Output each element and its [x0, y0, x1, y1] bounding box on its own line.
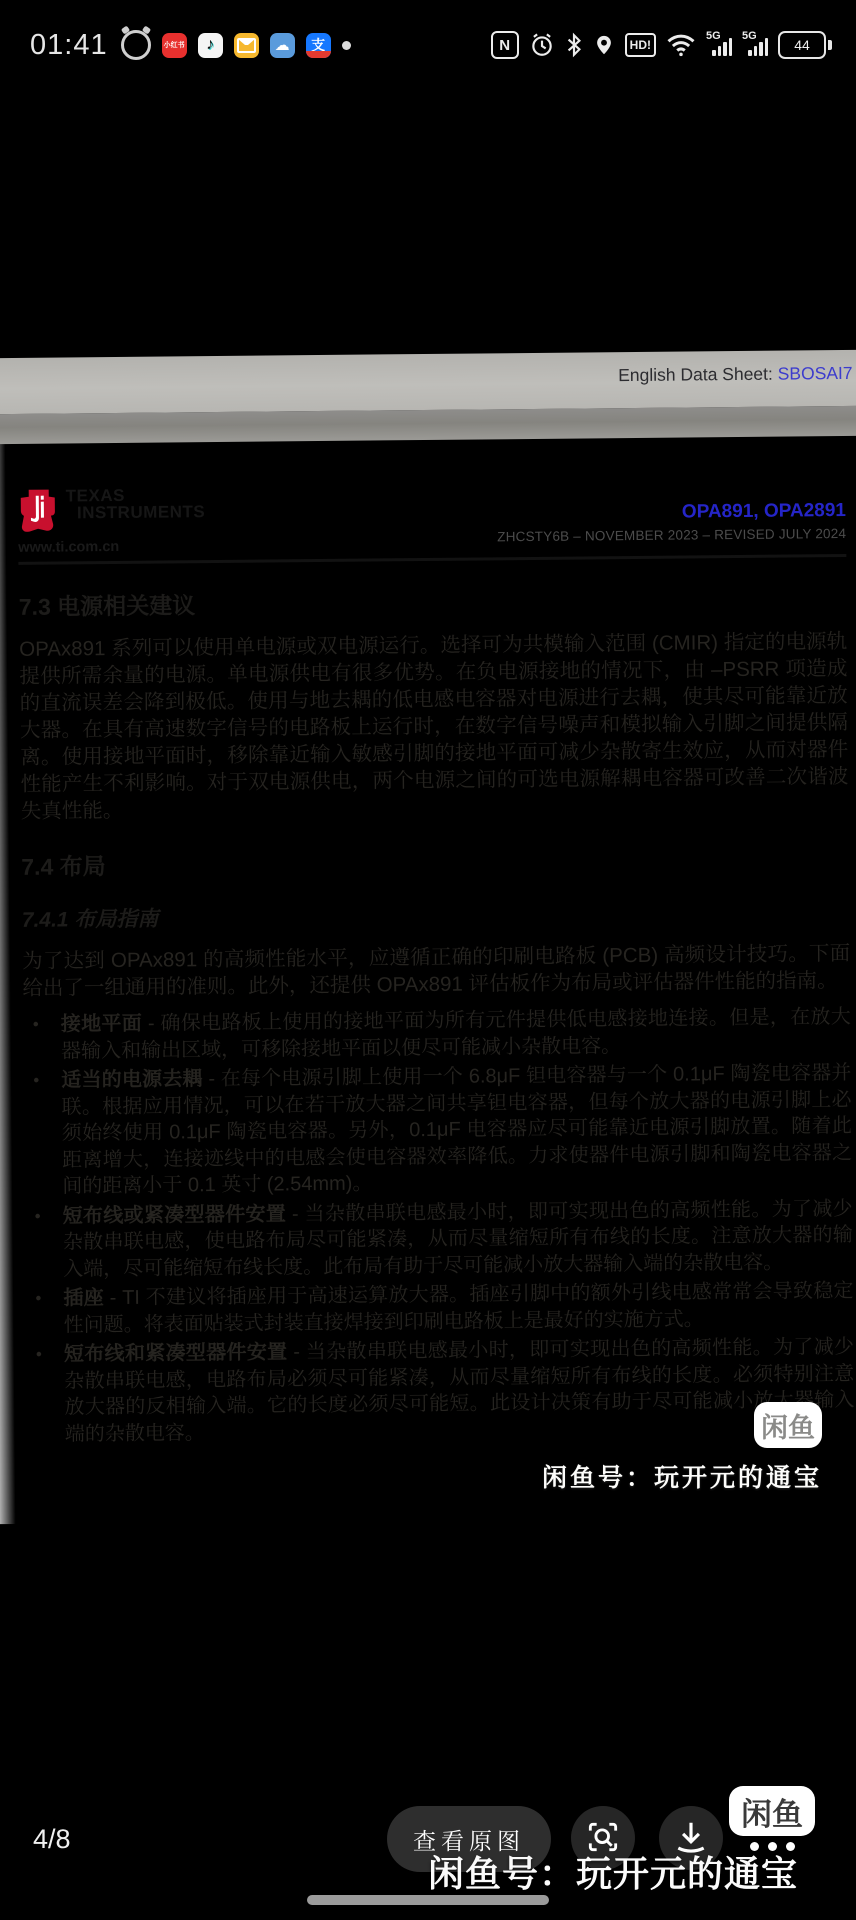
- xianyu-account-text-bottom: 闲鱼号：玩开元的通宝: [428, 1846, 798, 1897]
- clock-time: 01:41: [30, 29, 108, 62]
- xianyu-account-text: 闲鱼号：玩开元的通宝: [542, 1458, 822, 1494]
- bluetooth-icon: [565, 32, 583, 58]
- datasheet-photo: English Data Sheet: SBOSAI7 TEXAS INSTRU…: [0, 350, 856, 1524]
- more-dot-icon: [342, 41, 351, 50]
- volte-hd-icon: HD!: [625, 33, 656, 57]
- ti-logo-icon: [18, 488, 60, 532]
- xianyu-logo: 闲鱼: [729, 1786, 815, 1836]
- sbosai7-link: SBOSAI7: [778, 363, 853, 384]
- section-7-4-1-title: 7.4.1 布局指南: [22, 896, 850, 934]
- xianyu-logo: 闲鱼: [754, 1402, 822, 1448]
- datasheet-body: 7.3 电源相关建议 OPAx891 系列可以使用单电源或双电源运行。选择可为共…: [0, 581, 856, 1448]
- signal-5g-icon-2: 5G: [742, 32, 768, 58]
- datasheet-header: TEXAS INSTRUMENTS www.ti.com.cn OPA891, …: [0, 436, 856, 565]
- page-indicator: 4/8: [33, 1824, 71, 1855]
- battery-icon: 44: [778, 31, 832, 59]
- xianyu-watermark: 闲鱼 闲鱼号：玩开元的通宝: [542, 1402, 822, 1494]
- previous-page-edge: English Data Sheet: SBOSAI7: [0, 350, 856, 414]
- signal-5g-icon-1: 5G: [706, 32, 732, 58]
- wifi-icon: [666, 32, 696, 58]
- list-item: •适当的电源去耦 - 在每个电源引脚上使用一个 6.8μF 钽电容器与一个 0.…: [23, 1060, 852, 1200]
- section-7-4-title: 7.4 布局: [21, 841, 849, 882]
- alarm-clock-icon: [529, 32, 555, 58]
- part-numbers: OPA891, OPA2891: [497, 500, 846, 525]
- tiktok-icon: ♪: [198, 33, 223, 58]
- status-bar: 01:41 小红书 ♪ ☁ 支 N: [30, 22, 832, 68]
- weather-icon: ☁: [270, 33, 295, 58]
- nfc-icon: N: [491, 31, 519, 59]
- section-7-3-paragraph: OPAx891 系列可以使用单电源或双电源运行。选择可为共模输入范围 (CMIR…: [19, 628, 849, 825]
- layout-guideline-list: •接地平面 - 确保电路板上使用的接地平面为所有元件提供低电感接地连接。但是，在…: [23, 1004, 855, 1448]
- list-item: •插座 - TI 不建议将插座用于高速运算放大器。插座引脚中的额外引线电感常常会…: [25, 1278, 853, 1339]
- notification-icons: 小红书 ♪ ☁ 支: [121, 30, 351, 60]
- battery-percent: 44: [778, 31, 826, 59]
- english-datasheet-label: English Data Sheet:: [618, 364, 778, 386]
- section-7-3-title: 7.3 电源相关建议: [19, 581, 847, 622]
- list-item: •短布线或紧凑型器件安置 - 当杂散串联电感最小时，即可实现出色的高频性能。为了…: [25, 1195, 854, 1282]
- location-icon: [593, 32, 615, 58]
- datasheet-page: TEXAS INSTRUMENTS www.ti.com.cn OPA891, …: [0, 436, 856, 1524]
- english-datasheet-line: English Data Sheet: SBOSAI7: [618, 363, 853, 386]
- list-item: •接地平面 - 确保电路板上使用的接地平面为所有元件提供低电感接地连接。但是，在…: [23, 1004, 851, 1065]
- xiaohongshu-icon: 小红书: [162, 33, 187, 58]
- section-7-4-1-paragraph: 为了达到 OPAx891 的高频性能水平，应遵循正确的印刷电路板 (PCB) 高…: [22, 940, 850, 1002]
- alipay-icon: 支: [306, 33, 331, 58]
- mail-icon: [234, 33, 259, 58]
- xianyu-logo-bottom: 闲鱼: [729, 1786, 815, 1851]
- ti-brand-name: TEXAS INSTRUMENTS: [66, 486, 206, 521]
- header-rule: [18, 554, 846, 565]
- watch-icon: [121, 30, 151, 60]
